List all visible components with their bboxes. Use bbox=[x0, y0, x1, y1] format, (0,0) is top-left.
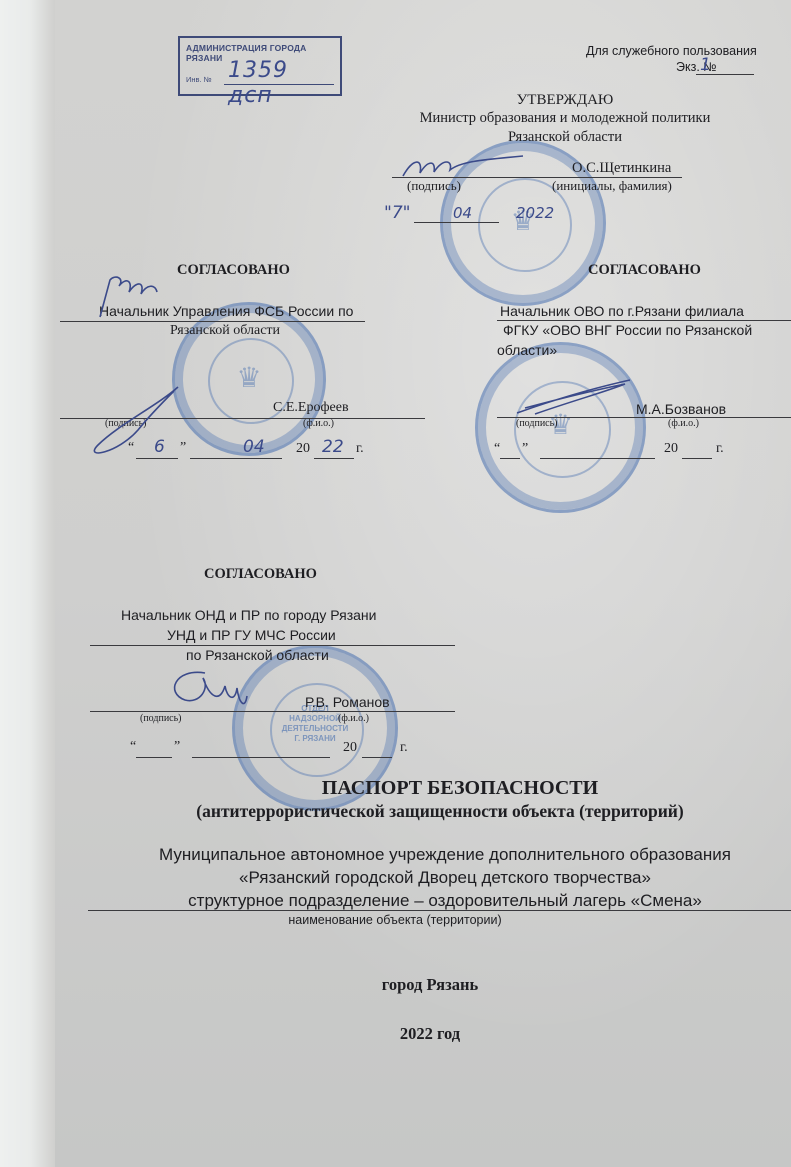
inventory-underline bbox=[224, 84, 334, 85]
mchs-seal-center-text: ОТДЕЛ НАДЗОРНОЙ ДЕЯТЕЛЬНОСТИ Г. РЯЗАНИ bbox=[235, 704, 395, 744]
agreement-fsb-date-year-line bbox=[314, 458, 354, 459]
approval-date-month-line bbox=[414, 222, 499, 223]
inventory-number: 1359 дсп bbox=[228, 58, 340, 108]
approval-date-year: 2022 bbox=[516, 204, 554, 222]
agreement-mchs-position-line3: по Рязанской области bbox=[186, 647, 329, 663]
agreement-fsb-name-caption: (ф.и.о.) bbox=[303, 418, 334, 429]
agreement-fsb-date-month-line bbox=[190, 458, 282, 459]
approval-position-line2: Рязанской области bbox=[400, 129, 730, 146]
agreement-mchs-position-line bbox=[90, 645, 455, 646]
approval-date-day: "7" bbox=[384, 203, 410, 223]
agreement-mchs-date-day-line bbox=[136, 757, 172, 758]
agreement-ovo-position-line3: области» bbox=[497, 342, 557, 358]
agreement-ovo-date-prefix: 20 bbox=[664, 441, 678, 457]
agreement-ovo-date-day-line bbox=[500, 458, 520, 459]
agreement-mchs-name: Р.В. Романов bbox=[305, 694, 390, 710]
agreement-fsb-date-year: 22 bbox=[322, 437, 344, 457]
agreement-ovo-name: М.А.Бозванов bbox=[636, 401, 726, 417]
agreement-mchs-signature-caption: (подпись) bbox=[140, 713, 182, 724]
agreement-ovo-date-year-line bbox=[682, 458, 712, 459]
agreement-fsb-date-open-quote: “ bbox=[128, 440, 134, 456]
agreement-mchs-position-line2: УНД и ПР ГУ МЧС России bbox=[167, 627, 336, 643]
approval-heading: УТВЕРЖДАЮ bbox=[400, 92, 730, 109]
agreement-fsb-date-day: 6 bbox=[154, 437, 165, 457]
inventory-label: Инв. № bbox=[186, 75, 212, 84]
document-subtitle: (антитеррористической защищенности объек… bbox=[110, 801, 770, 822]
agreement-mchs-date-year-line bbox=[362, 757, 392, 758]
object-name-caption: наименование объекта (территории) bbox=[200, 913, 590, 927]
approval-signature bbox=[398, 148, 528, 183]
agreement-mchs-date-close-quote: ” bbox=[174, 739, 180, 755]
agreement-ovo-signature bbox=[515, 378, 635, 418]
object-name-line2: «Рязанский городской Дворец детского тво… bbox=[100, 868, 790, 888]
agreement-fsb-date-day-line bbox=[136, 458, 178, 459]
agreement-mchs-date-month-line bbox=[192, 757, 330, 758]
agreement-fsb-heading: СОГЛАСОВАНО bbox=[177, 262, 290, 279]
agreement-fsb-initials bbox=[85, 272, 165, 322]
agreement-mchs-signature-line bbox=[90, 711, 455, 712]
object-name-line1: Муниципальное автономное учреждение допо… bbox=[100, 845, 790, 865]
approval-name-caption: (инициалы, фамилия) bbox=[552, 178, 672, 194]
agreement-fsb-date-prefix: 20 bbox=[296, 441, 310, 457]
agreement-ovo-date-open-quote: “ bbox=[494, 441, 500, 457]
agreement-fsb-date-suffix: г. bbox=[356, 441, 364, 457]
ovo-seal: ♛ bbox=[475, 342, 646, 513]
approval-position-line1: Министр образования и молодежной политик… bbox=[380, 110, 750, 127]
approval-date-month: 04 bbox=[453, 204, 472, 222]
document-title: ПАСПОРТ БЕЗОПАСНОСТИ bbox=[250, 777, 670, 800]
city: город Рязань bbox=[300, 975, 560, 995]
agreement-fsb-date-month: 04 bbox=[243, 437, 265, 457]
classification-label: Для служебного пользования bbox=[586, 44, 757, 58]
agreement-mchs-signature bbox=[165, 668, 250, 713]
agreement-mchs-date-prefix: 20 bbox=[343, 740, 357, 756]
agreement-mchs-position-line1: Начальник ОНД и ПР по городу Рязани bbox=[121, 607, 376, 623]
agreement-ovo-signature-caption: (подпись) bbox=[516, 418, 558, 429]
agreement-mchs-name-caption: (ф.и.о.) bbox=[338, 713, 369, 724]
agreement-ovo-name-caption: (ф.и.о.) bbox=[668, 418, 699, 429]
agreement-fsb-position-line2: Рязанской области bbox=[170, 323, 280, 339]
agreement-ovo-position-line2: ФГКУ «ОВО ВНГ России по Рязанской bbox=[503, 322, 752, 338]
agreement-mchs-date-open-quote: “ bbox=[130, 739, 136, 755]
year: 2022 год bbox=[300, 1024, 560, 1044]
agreement-ovo-position-line1: Начальник ОВО по г.Рязани филиала bbox=[500, 303, 744, 319]
agreement-ovo-heading: СОГЛАСОВАНО bbox=[588, 262, 701, 279]
registration-stamp: АДМИНИСТРАЦИЯ ГОРОДА РЯЗАНИ Инв. № 1359 … bbox=[178, 36, 342, 96]
agreement-ovo-date-close-quote: ” bbox=[522, 441, 528, 457]
object-name-underline bbox=[88, 910, 791, 911]
agreement-ovo-position-line bbox=[497, 320, 791, 321]
agreement-mchs-heading: СОГЛАСОВАНО bbox=[204, 566, 317, 583]
object-name-line3: структурное подразделение – оздоровитель… bbox=[100, 891, 790, 911]
agreement-fsb-name: С.Е.Ерофеев bbox=[273, 400, 349, 416]
agreement-ovo-date-suffix: г. bbox=[716, 441, 724, 457]
agreement-ovo-date-month-line bbox=[540, 458, 655, 459]
copy-number: 1 bbox=[700, 55, 711, 75]
agreement-fsb-date-close-quote: ” bbox=[180, 440, 186, 456]
approval-name: О.С.Щетинкина bbox=[572, 160, 671, 177]
agreement-mchs-date-suffix: г. bbox=[400, 740, 408, 756]
